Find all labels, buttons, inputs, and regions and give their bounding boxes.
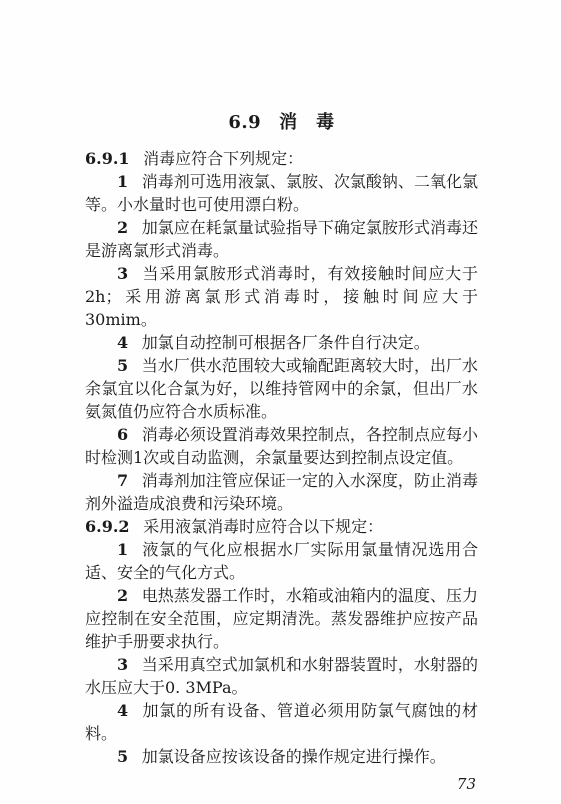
item-text: 加氯的所有设备、管道必须用防氯气腐蚀的材料。 — [85, 701, 478, 743]
clause-item: 2电热蒸发器工作时，水箱或油箱内的温度、压力应控制在安全范围，应定期清洗。蒸发器… — [85, 584, 478, 653]
item-number: 7 — [117, 471, 128, 490]
clause-item: 5当水厂供水范围较大或输配距离较大时，出厂水余氯宜以化合氯为好，以维持管网中的余… — [85, 354, 478, 423]
item-number: 1 — [117, 172, 128, 191]
item-number: 5 — [117, 747, 128, 766]
clause-item: 1消毒剂可选用液氯、氯胺、次氯酸钠、二氧化氯等。小水量时也可使用漂白粉。 — [85, 170, 478, 216]
item-number: 2 — [117, 586, 128, 605]
item-text: 消毒必须设置消毒效果控制点，各控制点应每小时检测1次或自动监测，余氯量要达到控制… — [85, 425, 478, 467]
clause-item: 4加氯的所有设备、管道必须用防氯气腐蚀的材料。 — [85, 699, 478, 745]
item-number: 5 — [117, 356, 128, 375]
section-title: 6.9消 毒 — [85, 112, 478, 134]
item-number: 3 — [117, 655, 128, 674]
clause-item: 3当采用氯胺形式消毒时，有效接触时间应大于2h；采用游离氯形式消毒时，接触时间应… — [85, 262, 478, 331]
section-title-text: 消 毒 — [279, 112, 335, 133]
item-text: 消毒剂加注管应保证一定的入水深度，防止消毒剂外溢造成浪费和污染环境。 — [85, 471, 478, 513]
clause-number: 6.9.1 — [85, 149, 130, 168]
item-number: 2 — [117, 218, 128, 237]
clause-heading-6-9-1: 6.9.1消毒应符合下列规定： — [85, 147, 478, 170]
page-number: 73 — [85, 775, 478, 793]
item-text: 消毒剂可选用液氯、氯胺、次氯酸钠、二氧化氯等。小水量时也可使用漂白粉。 — [85, 172, 478, 214]
section-title-number: 6.9 — [228, 112, 261, 133]
item-number: 4 — [117, 333, 128, 352]
clause-heading-text: 采用液氯消毒时应符合以下规定： — [143, 517, 383, 536]
clause-item: 5加氯设备应按该设备的操作规定进行操作。 — [85, 745, 478, 768]
clause-item: 6消毒必须设置消毒效果控制点，各控制点应每小时检测1次或自动监测，余氯量要达到控… — [85, 423, 478, 469]
item-number: 1 — [117, 540, 128, 559]
clause-item: 2加氯应在耗氯量试验指导下确定氯胺形式消毒还是游离氯形式消毒。 — [85, 216, 478, 262]
item-number: 4 — [117, 701, 128, 720]
item-number: 3 — [117, 264, 128, 283]
clause-item: 7消毒剂加注管应保证一定的入水深度，防止消毒剂外溢造成浪费和污染环境。 — [85, 469, 478, 515]
page-content: 6.9消 毒 6.9.1消毒应符合下列规定： 1消毒剂可选用液氯、氯胺、次氯酸钠… — [85, 112, 478, 793]
clause-item: 1液氯的气化应根据水厂实际用氯量情况选用合适、安全的气化方式。 — [85, 538, 478, 584]
item-text: 当水厂供水范围较大或输配距离较大时，出厂水余氯宜以化合氯为好，以维持管网中的余氯… — [85, 356, 478, 421]
item-text: 液氯的气化应根据水厂实际用氯量情况选用合适、安全的气化方式。 — [85, 540, 478, 582]
item-text: 当采用氯胺形式消毒时，有效接触时间应大于2h；采用游离氯形式消毒时，接触时间应大… — [85, 264, 478, 329]
item-text: 加氯自动控制可根据各厂条件自行决定。 — [142, 333, 430, 352]
item-text: 加氯设备应按该设备的操作规定进行操作。 — [142, 747, 446, 766]
clause-item: 3当采用真空式加氯机和水射器装置时，水射器的水压应大于0. 3MPa。 — [85, 653, 478, 699]
item-number: 6 — [117, 425, 128, 444]
clause-number: 6.9.2 — [85, 517, 130, 536]
item-text: 当采用真空式加氯机和水射器装置时，水射器的水压应大于0. 3MPa。 — [85, 655, 478, 697]
item-text: 加氯应在耗氯量试验指导下确定氯胺形式消毒还是游离氯形式消毒。 — [85, 218, 478, 260]
clause-heading-text: 消毒应符合下列规定： — [143, 149, 303, 168]
item-text: 电热蒸发器工作时，水箱或油箱内的温度、压力应控制在安全范围，应定期清洗。蒸发器维… — [85, 586, 478, 651]
document-page: 6.9消 毒 6.9.1消毒应符合下列规定： 1消毒剂可选用液氯、氯胺、次氯酸钠… — [0, 0, 561, 804]
clause-item: 4加氯自动控制可根据各厂条件自行决定。 — [85, 331, 478, 354]
clause-heading-6-9-2: 6.9.2采用液氯消毒时应符合以下规定： — [85, 515, 478, 538]
